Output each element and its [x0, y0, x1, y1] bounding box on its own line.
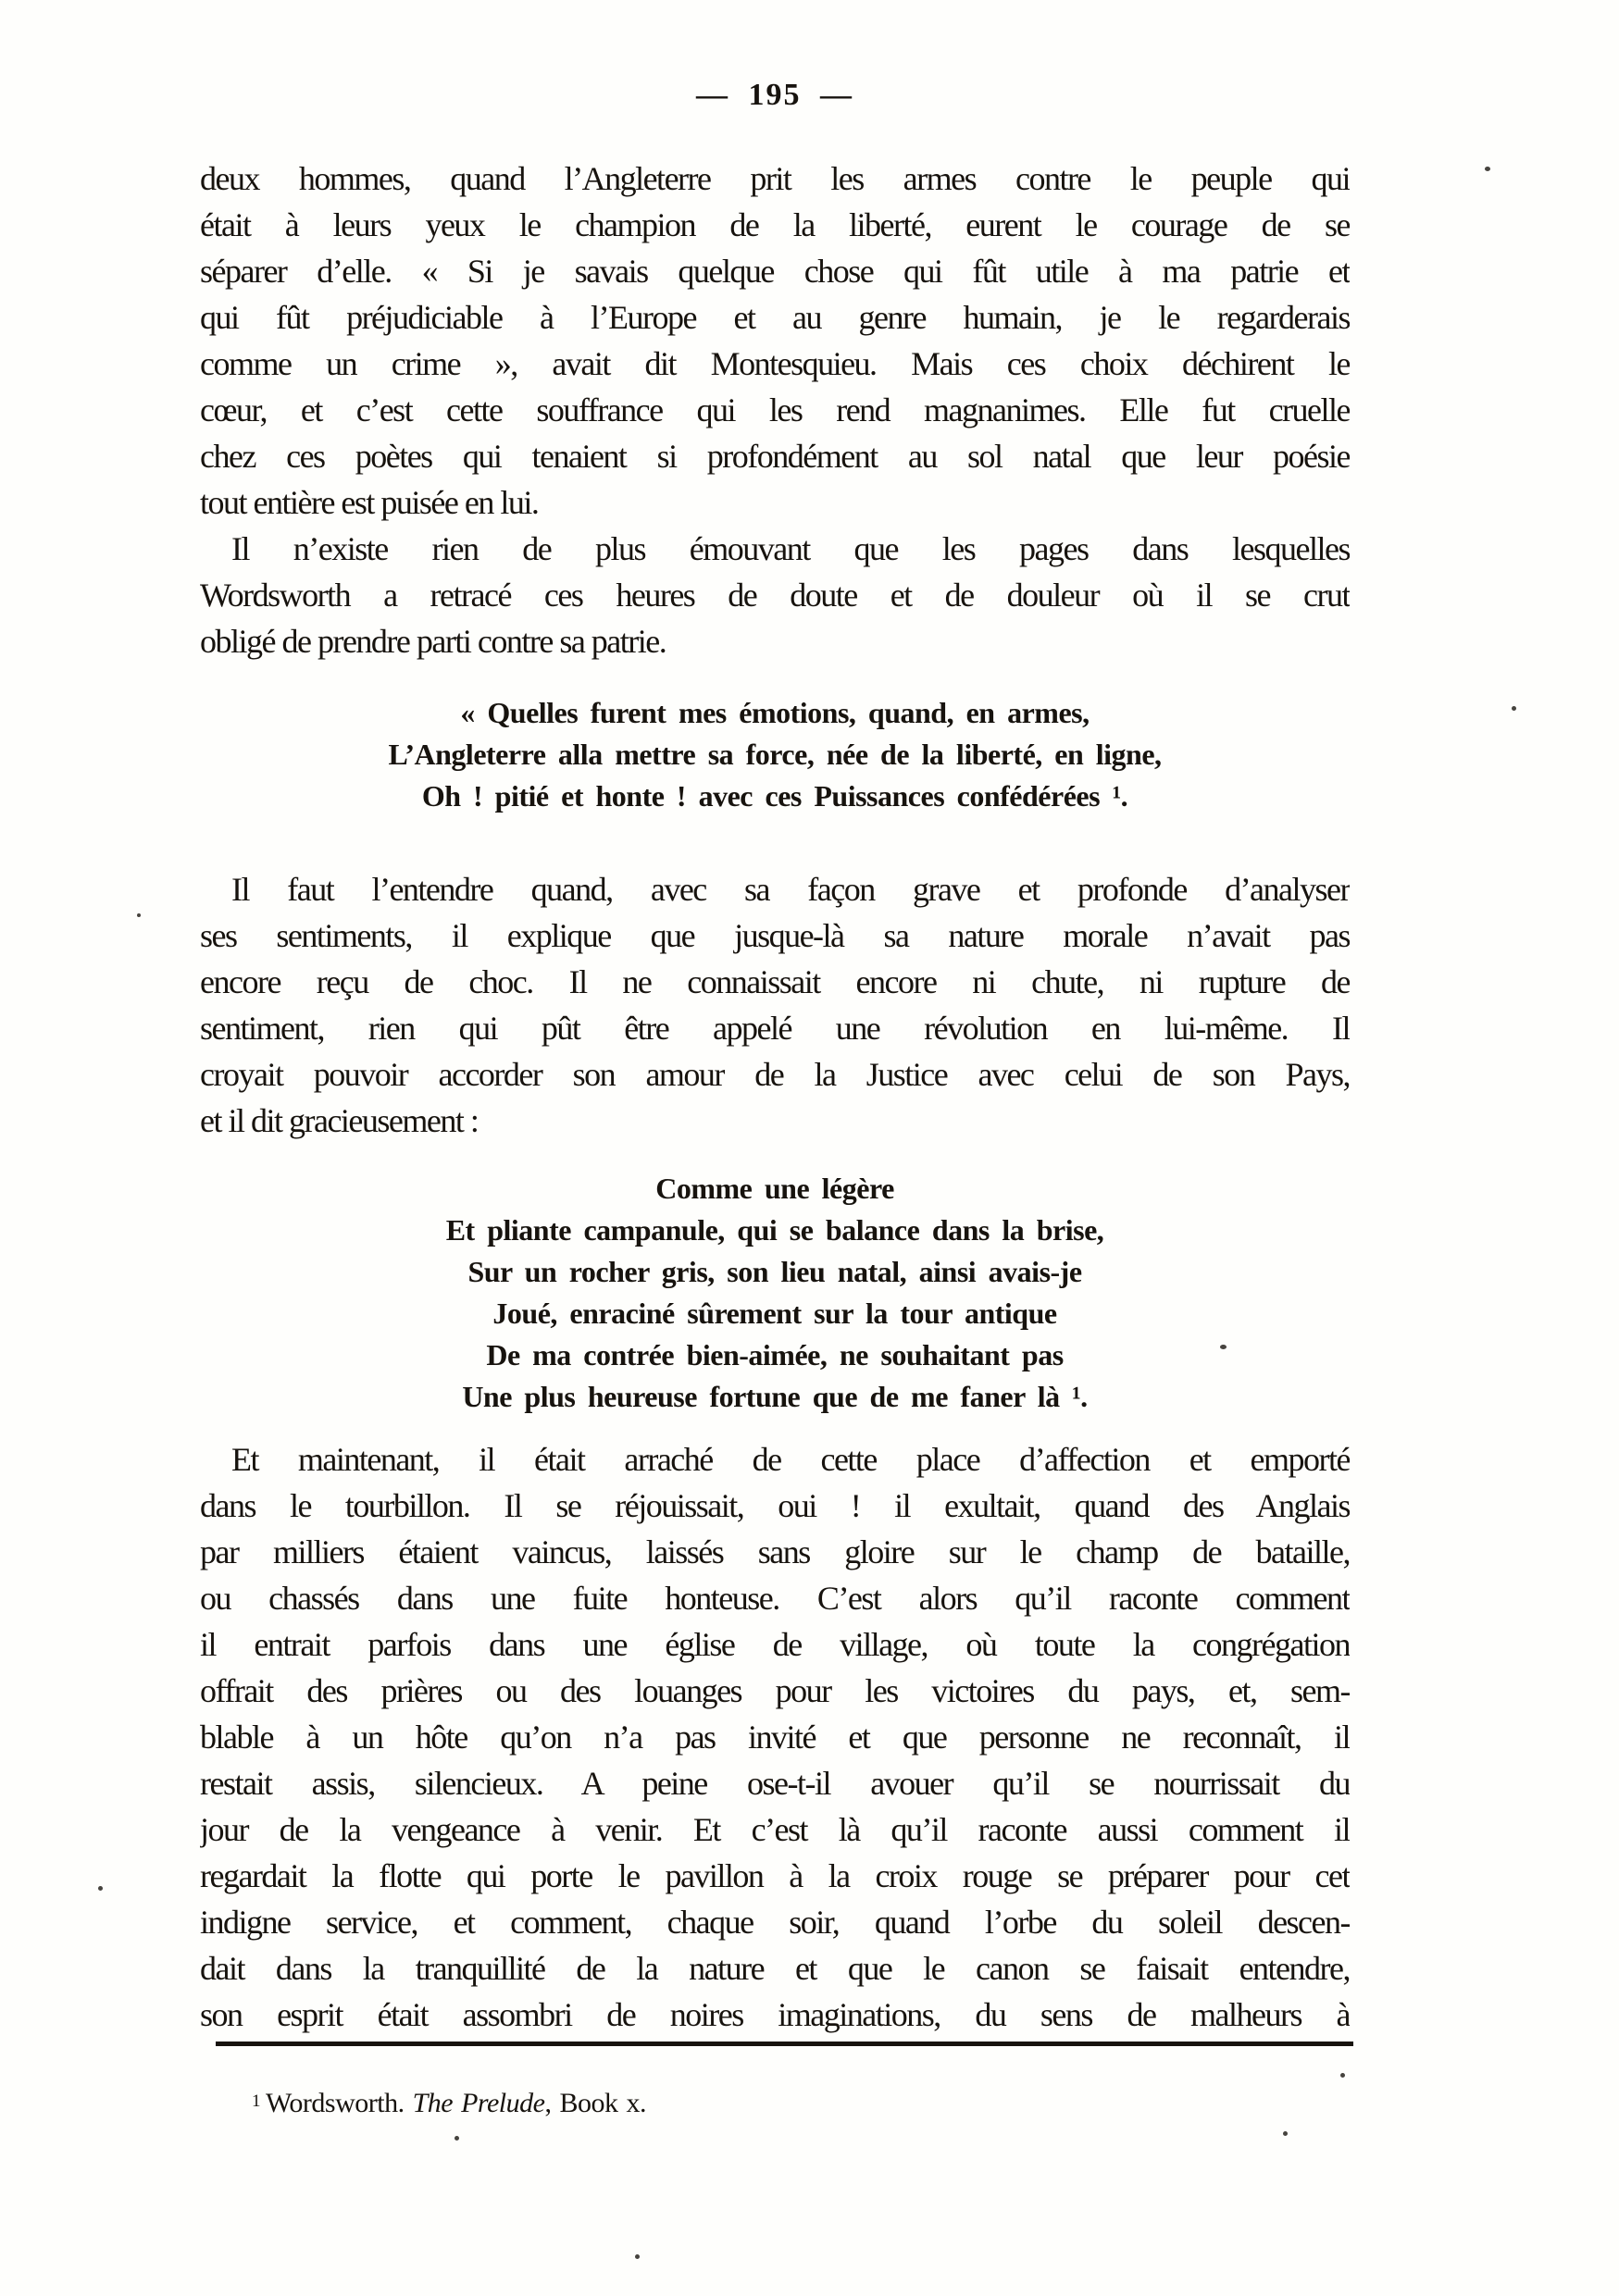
paragraph-continuation: deux hommes, quand l’Angleterre prit les…	[200, 155, 1350, 526]
footnote: 1Wordsworth. The Prelude, Book x.	[252, 2088, 646, 2119]
text-line: croyait pouvoir accorder son amour de la…	[200, 1051, 1350, 1098]
verse-line: Et pliante campanule, qui se balance dan…	[200, 1210, 1350, 1251]
scan-speck	[1485, 167, 1490, 171]
verse-quote-campanule: Comme une légère Et pliante campanule, q…	[200, 1168, 1350, 1418]
verse-line: Comme une légère	[200, 1168, 1350, 1210]
scan-speck	[98, 1886, 103, 1891]
text-line: séparer d’elle. « Si je savais quelque c…	[200, 248, 1350, 294]
verse-line: Une plus heureuse fortune que de me fane…	[200, 1376, 1350, 1418]
footnote-work-title: The Prelude	[413, 2088, 545, 2118]
verse-line: Oh ! pitié et honte ! avec ces Puissance…	[200, 776, 1350, 817]
text-line: ses sentiments, il explique que jusque-l…	[200, 912, 1350, 959]
footnote-text-suffix: , Book x.	[544, 2088, 646, 2118]
scan-speck	[137, 913, 141, 917]
scan-speck	[1283, 2131, 1288, 2136]
text-line: dait dans la tranquillité de la nature e…	[200, 1945, 1350, 1992]
scan-speck	[1220, 1345, 1227, 1349]
text-line: Il faut l’entendre quand, avec sa façon …	[200, 866, 1350, 912]
text-line: Il n’existe rien de plus émouvant que le…	[200, 526, 1350, 572]
text-line: obligé de prendre parti contre sa patrie…	[200, 618, 1350, 664]
footnote-marker: 1	[252, 2091, 260, 2111]
text-line: cœur, et c’est cette souffrance qui les …	[200, 387, 1350, 433]
text-line: restait assis, silencieux. A peine ose-t…	[200, 1760, 1350, 1806]
text-line: sentiment, rien qui pût être appelé une …	[200, 1005, 1350, 1051]
text-line: et il dit gracieusement :	[200, 1098, 1350, 1144]
footnote-separator-rule	[216, 2042, 1353, 2046]
text-line: ou chassés dans une fuite honteuse. C’es…	[200, 1575, 1350, 1621]
text-line: qui fût préjudiciable à l’Europe et au g…	[200, 294, 1350, 341]
verse-line: De ma contrée bien-aimée, ne souhaitant …	[200, 1334, 1350, 1376]
scan-speck	[1340, 2073, 1345, 2078]
text-line: Wordsworth a retracé ces heures de doute…	[200, 572, 1350, 618]
text-line: tout entière est puisée en lui.	[200, 479, 1350, 526]
text-line: Et maintenant, il était arraché de cette…	[200, 1436, 1350, 1483]
verse-line: Joué, enraciné sûrement sur la tour anti…	[200, 1293, 1350, 1334]
text-line: chez ces poètes qui tenaient si profondé…	[200, 433, 1350, 479]
verse-line: Sur un rocher gris, son lieu natal, ains…	[200, 1251, 1350, 1293]
text-line: il entrait parfois dans une église de vi…	[200, 1621, 1350, 1668]
text-line: son esprit était assombri de noires imag…	[200, 1992, 1350, 2038]
text-line: deux hommes, quand l’Angleterre prit les…	[200, 155, 1350, 202]
text-line: encore reçu de choc. Il ne connaissait e…	[200, 959, 1350, 1005]
scan-speck	[635, 2254, 640, 2259]
paragraph-wordsworth-pages: Il n’existe rien de plus émouvant que le…	[200, 526, 1350, 664]
paragraph-et-maintenant: Et maintenant, il était arraché de cette…	[200, 1436, 1350, 2038]
text-line: indigne service, et comment, chaque soir…	[200, 1899, 1350, 1945]
text-line: comme un crime », avait dit Montesquieu.…	[200, 341, 1350, 387]
text-line: était à leurs yeux le champion de la lib…	[200, 202, 1350, 248]
text-line: dans le tourbillon. Il se réjouissait, o…	[200, 1483, 1350, 1529]
text-line: jour de la vengeance à venir. Et c’est l…	[200, 1806, 1350, 1853]
verse-quote-emotions: « Quelles furent mes émotions, quand, en…	[200, 692, 1350, 817]
scan-speck	[455, 2136, 459, 2141]
verse-line: L’Angleterre alla mettre sa force, née d…	[200, 734, 1350, 776]
text-line: par milliers étaient vaincus, laissés sa…	[200, 1529, 1350, 1575]
scan-speck	[1512, 706, 1516, 711]
verse-line: « Quelles furent mes émotions, quand, en…	[200, 692, 1350, 734]
text-line: blable à un hôte qu’on n’a pas invité et…	[200, 1714, 1350, 1760]
paragraph-il-faut-entendre: Il faut l’entendre quand, avec sa façon …	[200, 866, 1350, 1144]
page-number: — 195 —	[200, 78, 1350, 113]
book-page: — 195 — deux hommes, quand l’Angleterre …	[0, 0, 1619, 2296]
text-line: offrait des prières ou des louanges pour…	[200, 1668, 1350, 1714]
text-line: regardait la flotte qui porte le pavillo…	[200, 1853, 1350, 1899]
footnote-text: Wordsworth.	[266, 2088, 413, 2118]
